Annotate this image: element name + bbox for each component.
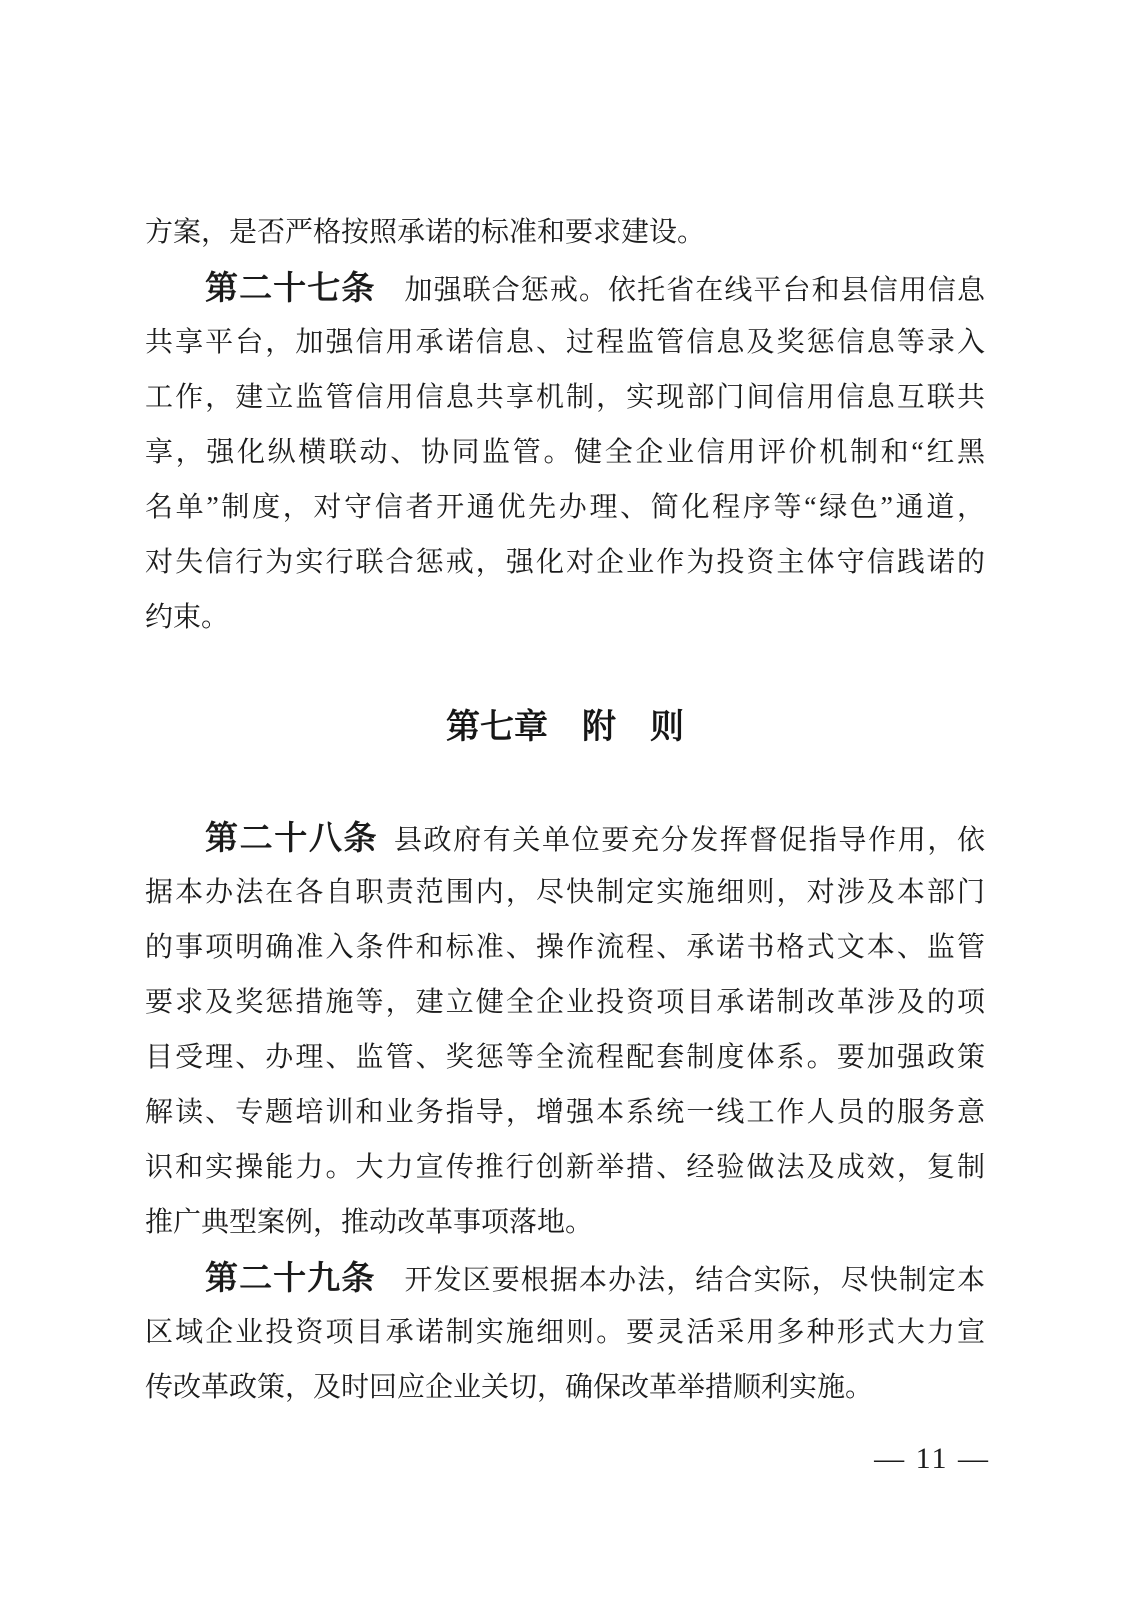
- text-line: 对失信行为实行联合惩戒，强化对企业作为投资主体守信践诺的: [145, 535, 985, 590]
- text-line: 第二十八条 县政府有关单位要充分发挥督促指导作用，依: [145, 810, 985, 865]
- article-29-label: 第二十九条: [205, 1259, 375, 1296]
- text-line: 第二十九条 开发区要根据本办法，结合实际，尽快制定本: [145, 1250, 985, 1305]
- article-28-label: 第二十八条: [205, 819, 378, 856]
- text-line: 目受理、办理、监管、奖惩等全流程配套制度体系。要加强政策: [145, 1030, 985, 1085]
- text-line: 解读、专题培训和业务指导，增强本系统一线工作人员的服务意: [145, 1085, 985, 1140]
- text-line: 约束。: [145, 590, 985, 645]
- article-29-text: 开发区要根据本办法，结合实际，尽快制定本: [375, 1265, 985, 1296]
- text-line: 共享平台，加强信用承诺信息、过程监管信息及奖惩信息等录入: [145, 315, 985, 370]
- text-line: 推广典型案例，推动改革事项落地。: [145, 1195, 985, 1250]
- text-line: 第二十七条 加强联合惩戒。依托省在线平台和县信用信息: [145, 260, 985, 315]
- text-line: 要求及奖惩措施等，建立健全企业投资项目承诺制改革涉及的项: [145, 975, 985, 1030]
- page-number: — 11 —: [874, 1443, 990, 1475]
- article-28-paragraph: 第二十八条 县政府有关单位要充分发挥督促指导作用，依 据本办法在各自职责范围内，…: [145, 810, 985, 1250]
- chapter-heading: 第七章 附 则: [145, 700, 985, 755]
- document-page: 方案，是否严格按照承诺的标准和要求建设。 第二十七条 加强联合惩戒。依托省在线平…: [0, 0, 1131, 1600]
- text-line: 识和实操能力。大力宣传推行创新举措、经验做法及成效，复制: [145, 1140, 985, 1195]
- document-body: 方案，是否严格按照承诺的标准和要求建设。 第二十七条 加强联合惩戒。依托省在线平…: [145, 205, 985, 1415]
- text-line: 的事项明确准入条件和标准、操作流程、承诺书格式文本、监管: [145, 920, 985, 975]
- text-line: 享，强化纵横联动、协同监管。健全企业信用评价机制和“红黑: [145, 425, 985, 480]
- article-27-text: 加强联合惩戒。依托省在线平台和县信用信息: [375, 275, 985, 306]
- text-line: 名单”制度，对守信者开通优先办理、简化程序等“绿色”通道，: [145, 480, 985, 535]
- article-27-label: 第二十七条: [205, 269, 375, 306]
- text-line: 据本办法在各自职责范围内，尽快制定实施细则，对涉及本部门: [145, 865, 985, 920]
- article-28-text: 县政府有关单位要充分发挥督促指导作用，依: [378, 825, 985, 856]
- article-29-paragraph: 第二十九条 开发区要根据本办法，结合实际，尽快制定本 区域企业投资项目承诺制实施…: [145, 1250, 985, 1415]
- paragraph-continuation-line: 方案，是否严格按照承诺的标准和要求建设。: [145, 205, 985, 260]
- text-line: 区域企业投资项目承诺制实施细则。要灵活采用多种形式大力宣: [145, 1305, 985, 1360]
- article-27-paragraph: 第二十七条 加强联合惩戒。依托省在线平台和县信用信息 共享平台，加强信用承诺信息…: [145, 260, 985, 645]
- text-line: 工作，建立监管信用信息共享机制，实现部门间信用信息互联共: [145, 370, 985, 425]
- text-line: 传改革政策，及时回应企业关切，确保改革举措顺利实施。: [145, 1360, 985, 1415]
